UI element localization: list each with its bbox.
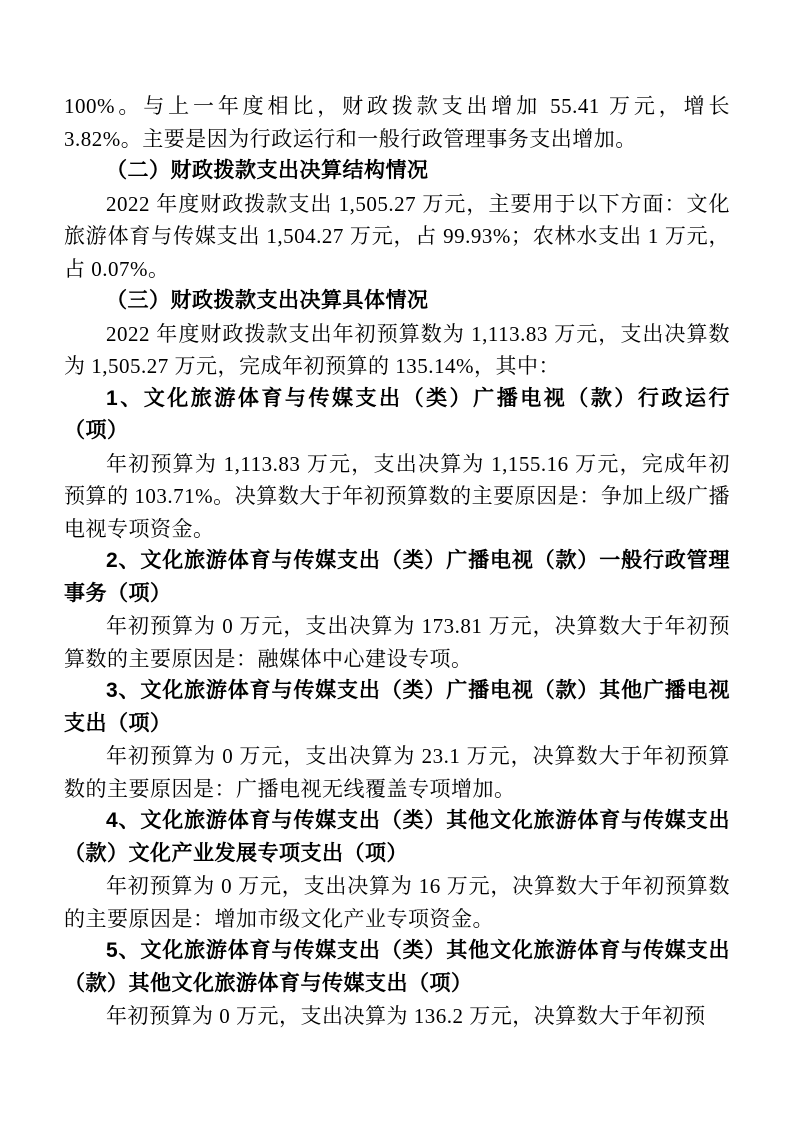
paragraph: 年初预算为 0 万元，支出决算为 173.81 万元，决算数大于年初预算数的主要… xyxy=(64,610,730,675)
section-heading: （三）财政拨款支出决算具体情况 xyxy=(64,285,730,318)
paragraph: 年初预算为 0 万元，支出决算为 16 万元，决算数大于年初预算数的主要原因是：… xyxy=(64,870,730,935)
paragraph: 年初预算为 0 万元，支出决算为 23.1 万元，决算数大于年初预算数的主要原因… xyxy=(64,740,730,805)
section-heading: （二）财政拨款支出决算结构情况 xyxy=(64,155,730,188)
document-body: 100%。与上一年度相比，财政拨款支出增加 55.41 万元，增长 3.82%。… xyxy=(64,90,730,1033)
section-heading: 2、文化旅游体育与传媒支出（类）广播电视（款）一般行政管理事务（项） xyxy=(64,545,730,610)
section-heading: 5、文化旅游体育与传媒支出（类）其他文化旅游体育与传媒支出（款）其他文化旅游体育… xyxy=(64,935,730,1000)
document-page: 100%。与上一年度相比，财政拨款支出增加 55.41 万元，增长 3.82%。… xyxy=(0,0,793,1122)
paragraph: 2022 年度财政拨款支出 1,505.27 万元，主要用于以下方面：文化旅游体… xyxy=(64,188,730,286)
section-heading: 3、文化旅游体育与传媒支出（类）广播电视（款）其他广播电视支出（项） xyxy=(64,675,730,740)
paragraph: 年初预算为 0 万元，支出决算为 136.2 万元，决算数大于年初预 xyxy=(64,1000,730,1033)
section-heading: 4、文化旅游体育与传媒支出（类）其他文化旅游体育与传媒支出（款）文化产业发展专项… xyxy=(64,805,730,870)
paragraph: 年初预算为 1,113.83 万元，支出决算为 1,155.16 万元，完成年初… xyxy=(64,448,730,546)
section-heading: 1、文化旅游体育与传媒支出（类）广播电视（款）行政运行（项） xyxy=(64,383,730,448)
paragraph: 100%。与上一年度相比，财政拨款支出增加 55.41 万元，增长 3.82%。… xyxy=(64,90,730,155)
paragraph: 2022 年度财政拨款支出年初预算数为 1,113.83 万元，支出决算数为 1… xyxy=(64,318,730,383)
